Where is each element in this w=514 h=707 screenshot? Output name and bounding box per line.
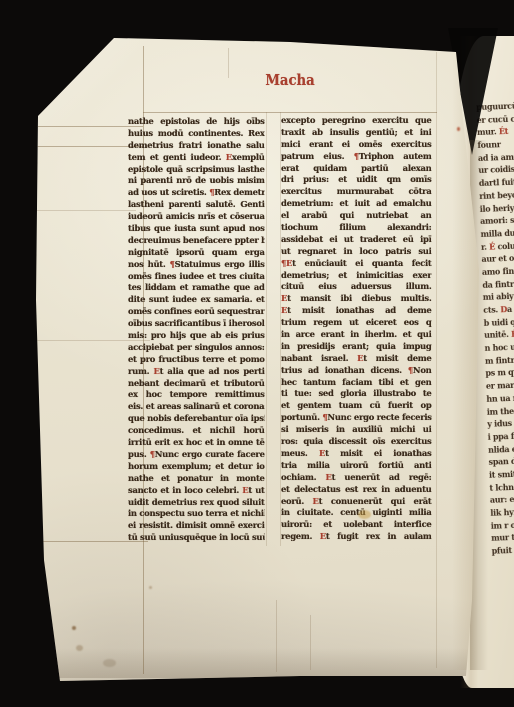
text-line: excepto peregrino exercitu que [281,116,431,128]
text-line: hn ua regn [486,392,514,406]
text-line: nignitatē ipsorū quam erga [128,248,265,260]
text-line: que nobis deferebantur oīa ipsis [128,414,265,426]
text-line: portunū. ¶Nunc ergo recte feceris [281,413,431,425]
stain [76,645,83,651]
text-line: oībus sacrificantibus ī iherosoli [128,319,265,331]
text-line: trium regem ut eiceret eos q [281,318,431,330]
text-line: ti tue: sed gloria illustrabo te [281,389,431,401]
text-column-left: nathe epistolas de hijs oībshuius modū c… [128,117,265,545]
text-line: dri prius: et uidit qm omīs [281,175,431,187]
text-line: epistole quā scripsimus lasthe [128,165,265,177]
text-line: tibus que iusta sunt apud nos [128,224,265,236]
text-line: horum exemplum; et detur io [128,462,265,474]
manuscript-photo: puguurcūer cucū cumur. Étfounrad ia ampl… [0,0,514,707]
text-line: ros: quia discessit oīs exercitus [281,437,431,449]
text-line: decreuimus benefacere ppter be [128,236,265,248]
text-line: si miseris in auxiliū michi ui [281,425,431,437]
text-line: nos hūt. ¶Statuimus ergo illis [128,260,265,272]
text-line: assidebat ei ut traderet eū ipī [281,235,431,247]
text-line: traxit ab insulis gentiū; et ini [281,128,431,140]
text-line: unitē. É p [484,329,514,343]
running-title: Macha [264,71,317,89]
text-line: cituū eius aduersus illum. [281,282,431,294]
text-line: er marga [486,379,514,393]
text-line: demetrius fratri ionathe salu [128,141,265,153]
text-line: lik hyr ant [490,506,514,520]
text-line: sancto et in loco celebri. Et ut [128,486,265,498]
stain [103,659,116,667]
text-line: trius ad ionathan dicens. ¶Non [281,366,431,378]
stain [72,626,76,630]
text-line: exercitus murmurabat cōtra [281,187,431,199]
text-line: tria milia uirorū fortiū anti [281,461,431,473]
text-line: irritū erit ex hoc et in omne tē [128,438,265,450]
text-line: ¶Et enūciauit ei quanta fecit [281,259,431,271]
text-line: dite sunt iudee ex samaria. et [128,295,265,307]
text-line: mur tan tra [491,532,514,546]
text-line: mur. Ét [477,126,514,140]
text-line: ex hoc tempore remittimus [128,390,265,402]
text-line: t lchn bun [489,481,514,495]
ruling-line-title [143,112,437,113]
text-line: eorū. Et conuenerūt qui erāt [281,497,431,509]
text-line: nlida ens. [488,443,514,457]
text-line: m fintr ul [485,354,514,368]
text-line: aur: et und [490,494,514,508]
ruling-line-vertical-right [436,52,437,668]
text-line: iudeorū amicis nrīs et cōserua [128,212,265,224]
text-line: n hoc uoli [484,341,514,355]
text-line: ei resistit. dimisit omnē exerci [128,521,265,533]
text-line: ni parenti nrō de uobis misim [128,176,265,188]
text-line: ut regnaret in loco patris sui [281,247,431,259]
text-line: demetrium: et iuit ad emalchu [281,199,431,211]
red-fleck-stain [457,127,460,131]
text-line: et pro fructibus terre et pomo [128,355,265,367]
text-line: uidit demetrius rex quod siluit [128,498,265,510]
text-column-right: excepto peregrino exercitu quetraxit ab … [281,116,431,544]
text-line: mis: pro hijs que ab eis prius [128,331,265,343]
text-line: Et misit ionathas ad deme [281,306,431,318]
text-line: hec tantum faciam tibi et gen [281,378,431,390]
text-line: ps m qua [485,367,514,381]
ruling-line-margin-top2 [36,146,143,147]
text-line: concedimus. et nichil horū [128,426,265,438]
text-line: pfuit adr [491,544,514,558]
text-line: ad uos ut sciretis. ¶Rex demetri [128,188,265,200]
text-line: demetrius; et inimicitias exer [281,271,431,283]
text-line: ochiam. Et uenerūt ad regē: [281,473,431,485]
text-line: pus. ¶Nunc ergo curate facere [128,450,265,462]
text-line: lastheni parenti salutē. Genti [128,200,265,212]
wax-stain [358,510,371,519]
text-line: patrum eius. ¶Triphon autem [281,152,431,164]
text-line: it smith y [489,468,514,482]
text-line: in conspectu suo terra et nichil [128,509,265,521]
text-line: huius modū continentes. Rex [128,129,265,141]
text-line: nebant decimarū et tributorū [128,379,265,391]
text-line: y idus dm [487,417,514,431]
text-line: in arce erant in iherlm. et qui [281,330,431,342]
text-line: eis. et areas salinarū et coronas [128,402,265,414]
text-line: et delectatus est rex in aduentu [281,485,431,497]
text-line: omēs confines eorū sequestrari [128,307,265,319]
stain [149,586,152,589]
text-line: nathe et ponatur in monte [128,474,265,486]
text-line: tū suū uniusquēque in locū suū [128,533,265,545]
text-line: Et mansit ibi diebus multis. [281,294,431,306]
crease-margin1 [36,210,136,211]
text-line: meus. Et misit ei ionathas [281,449,431,461]
text-line: tiochum filium alexandri: [281,223,431,235]
crease-bottom2 [310,615,311,670]
text-line: accipiebat per singulos annos: [128,343,265,355]
text-line: b uidi qu [484,316,514,330]
text-line: nathe epistolas de hijs oībs [128,117,265,129]
ruling-line-margin-top1 [36,126,143,127]
crease-bottom1 [276,600,277,672]
text-line: regem. Et fugit rex in aulam [281,532,431,544]
text-line: im r om [491,519,514,533]
text-line: nabant israel. Et misit deme [281,354,431,366]
text-line: er cucū cu [476,113,514,127]
ruling-line-vertical-inner1 [266,112,267,546]
text-line: el arabū qui nutriebat an [281,211,431,223]
text-line: et gentem tuam cū fuerit op [281,401,431,413]
text-line: tes liddam et ramathe que ad [128,283,265,295]
text-line: span dina [488,455,514,469]
manuscript-page: Macha nathe epistolas de hijs oībshuius … [0,0,514,707]
text-line: rum. Et alia que ad nos perti [128,367,265,379]
text-line: uirorū: et uolebant interfice [281,520,431,532]
text-line: mici erant ei omēs exercitus [281,140,431,152]
text-line: omēs fines iudee et tres ciuita [128,272,265,284]
text-line: erat quidam partiū alexan [281,164,431,176]
text-line: i ppa fuit [488,430,514,444]
text-line: tem et genti iudeor. Exemplū [128,153,265,165]
text-line: in presidijs erant; quia impug [281,342,431,354]
text-line: in ciuitate. centū uiginti milia [281,508,431,520]
text-line: im thesis: [487,405,514,419]
crease-top [228,48,229,78]
